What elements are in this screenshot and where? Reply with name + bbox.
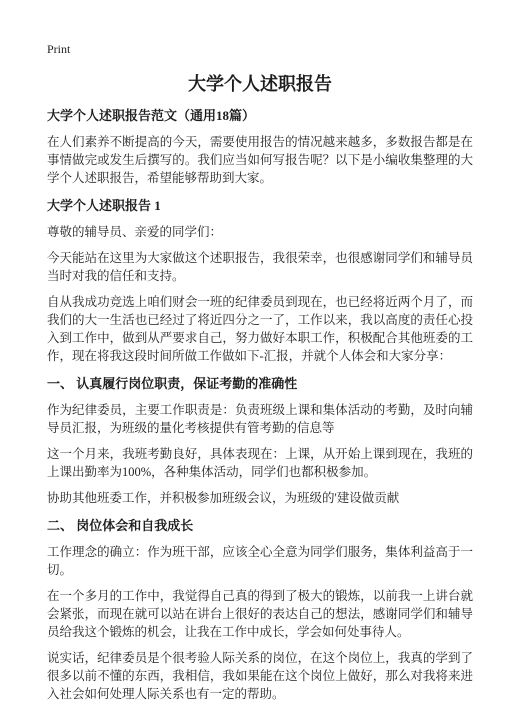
document-subtitle: 大学个人述职报告范文（通用18篇） [47,107,473,125]
section-2-heading: 二、 岗位体会和自我成长 [47,517,473,535]
report-paragraph: 工作理念的确立：作为班干部，应该全心全意为同学们服务，集体利益高于一切。 [47,543,473,579]
report-paragraph: 作为纪律委员，主要工作职责是：负责班级上课和集体活动的考勤，及时向辅导员汇报，为… [47,401,473,437]
report-paragraph: 说实话，纪律委员是个很考验人际关系的岗位，在这个岗位上，我真的学到了很多以前不懂… [47,649,473,703]
intro-paragraph: 在人们素养不断提高的今天，需要使用报告的情况越来越多，多数报告都是在事情做完或发… [47,133,473,187]
report-paragraph: 在一个多月的工作中，我觉得自己真的得到了极大的锻炼，以前我一上讲台就会紧张，而现… [47,587,473,641]
section-1-heading: 一、 认真履行岗位职责，保证考勤的准确性 [47,375,473,393]
report-1-heading: 大学个人述职报告 1 [47,197,473,215]
report-paragraph: 这一个月来，我班考勤良好，具体表现在：上课，从开始上课到现在，我班的上课出勤率为… [47,445,473,481]
document-page: Print 大学个人述职报告 大学个人述职报告范文（通用18篇） 在人们素养不断… [0,0,520,718]
salutation-paragraph: 尊敬的辅导员、亲爱的同学们： [47,223,473,241]
report-paragraph: 协助其他班委工作，并积极参加班级会议，为班级的'建设做贡献 [47,489,473,507]
print-link[interactable]: Print [47,43,70,56]
report-paragraph: 自从我成功竞选上咱们财会一班的纪律委员到现在，也已经将近两个月了，而我们的大一生… [47,293,473,365]
page-title: 大学个人述职报告 [47,72,473,96]
report-paragraph: 今天能站在这里为大家做这个述职报告，我很荣幸，也很感谢同学们和辅导员当时对我的信… [47,249,473,285]
